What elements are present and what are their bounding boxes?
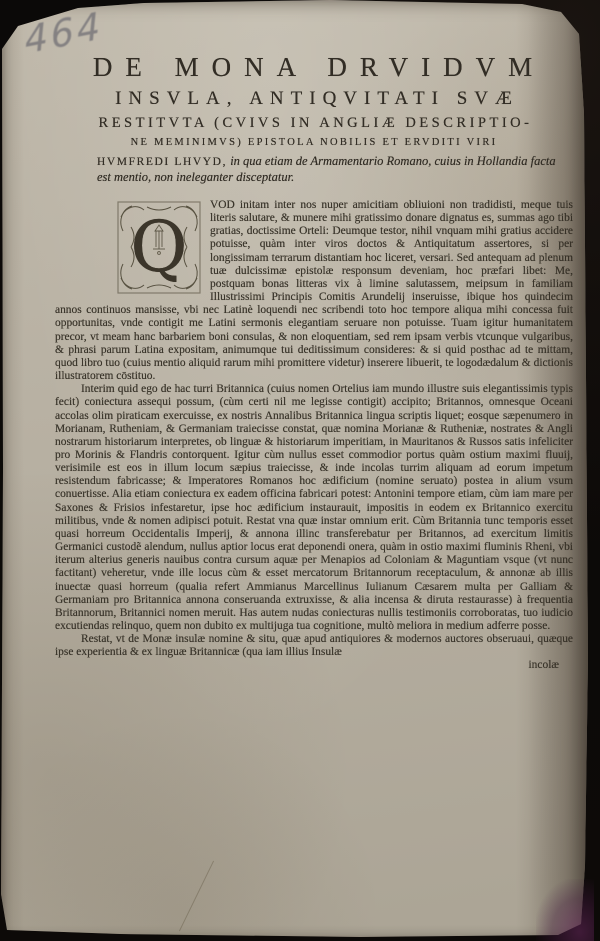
paper-crease [179, 861, 214, 932]
title-line-1: DE MONA DRVIDVM [55, 52, 573, 83]
catchword: incolæ [55, 659, 573, 672]
title-line-4: NE MEMINIMVS) EPISTOLA NOBILIS ET ERVDIT… [55, 137, 573, 148]
drop-cap-initial: Q [117, 201, 201, 294]
title-block: DE MONA DRVIDVM INSVLA, ANTIQVITATI SVÆ … [55, 52, 573, 185]
drop-cap-letter: Q [117, 201, 201, 294]
title-line-5: HVMFREDI LHVYD, in qua etiam de Armament… [55, 154, 573, 169]
title-author-name: HVMFREDI LHVYD, [97, 156, 227, 168]
page-content: DE MONA DRVIDVM INSVLA, ANTIQVITATI SVÆ … [55, 52, 573, 673]
title-subtitle-part2: est mentio, non ineleganter disceptatur. [55, 170, 573, 185]
paragraph-2: Interim quid ego de hac turri Britannica… [55, 383, 573, 633]
title-line-2: INSVLA, ANTIQVITATI SVÆ [55, 88, 573, 110]
paragraph-3: Restat, vt de Monæ insulæ nomine & situ,… [55, 633, 573, 659]
title-subtitle-part1: in qua etiam de Armamentario Romano, cui… [230, 154, 555, 168]
book-page: 464 DE MONA DRVIDVM INSVLA, ANTIQVITATI … [0, 0, 600, 941]
body-text: Q VOD initam inter nos nuper amicitiam o… [55, 199, 573, 673]
paragraph-1: Q VOD initam inter nos nuper amicitiam o… [55, 199, 573, 383]
title-line-3: RESTITVTA (CVIVS IN ANGLIÆ DESCRIPTIO- [55, 115, 573, 132]
photo-canvas: 464 DE MONA DRVIDVM INSVLA, ANTIQVITATI … [0, 0, 600, 941]
